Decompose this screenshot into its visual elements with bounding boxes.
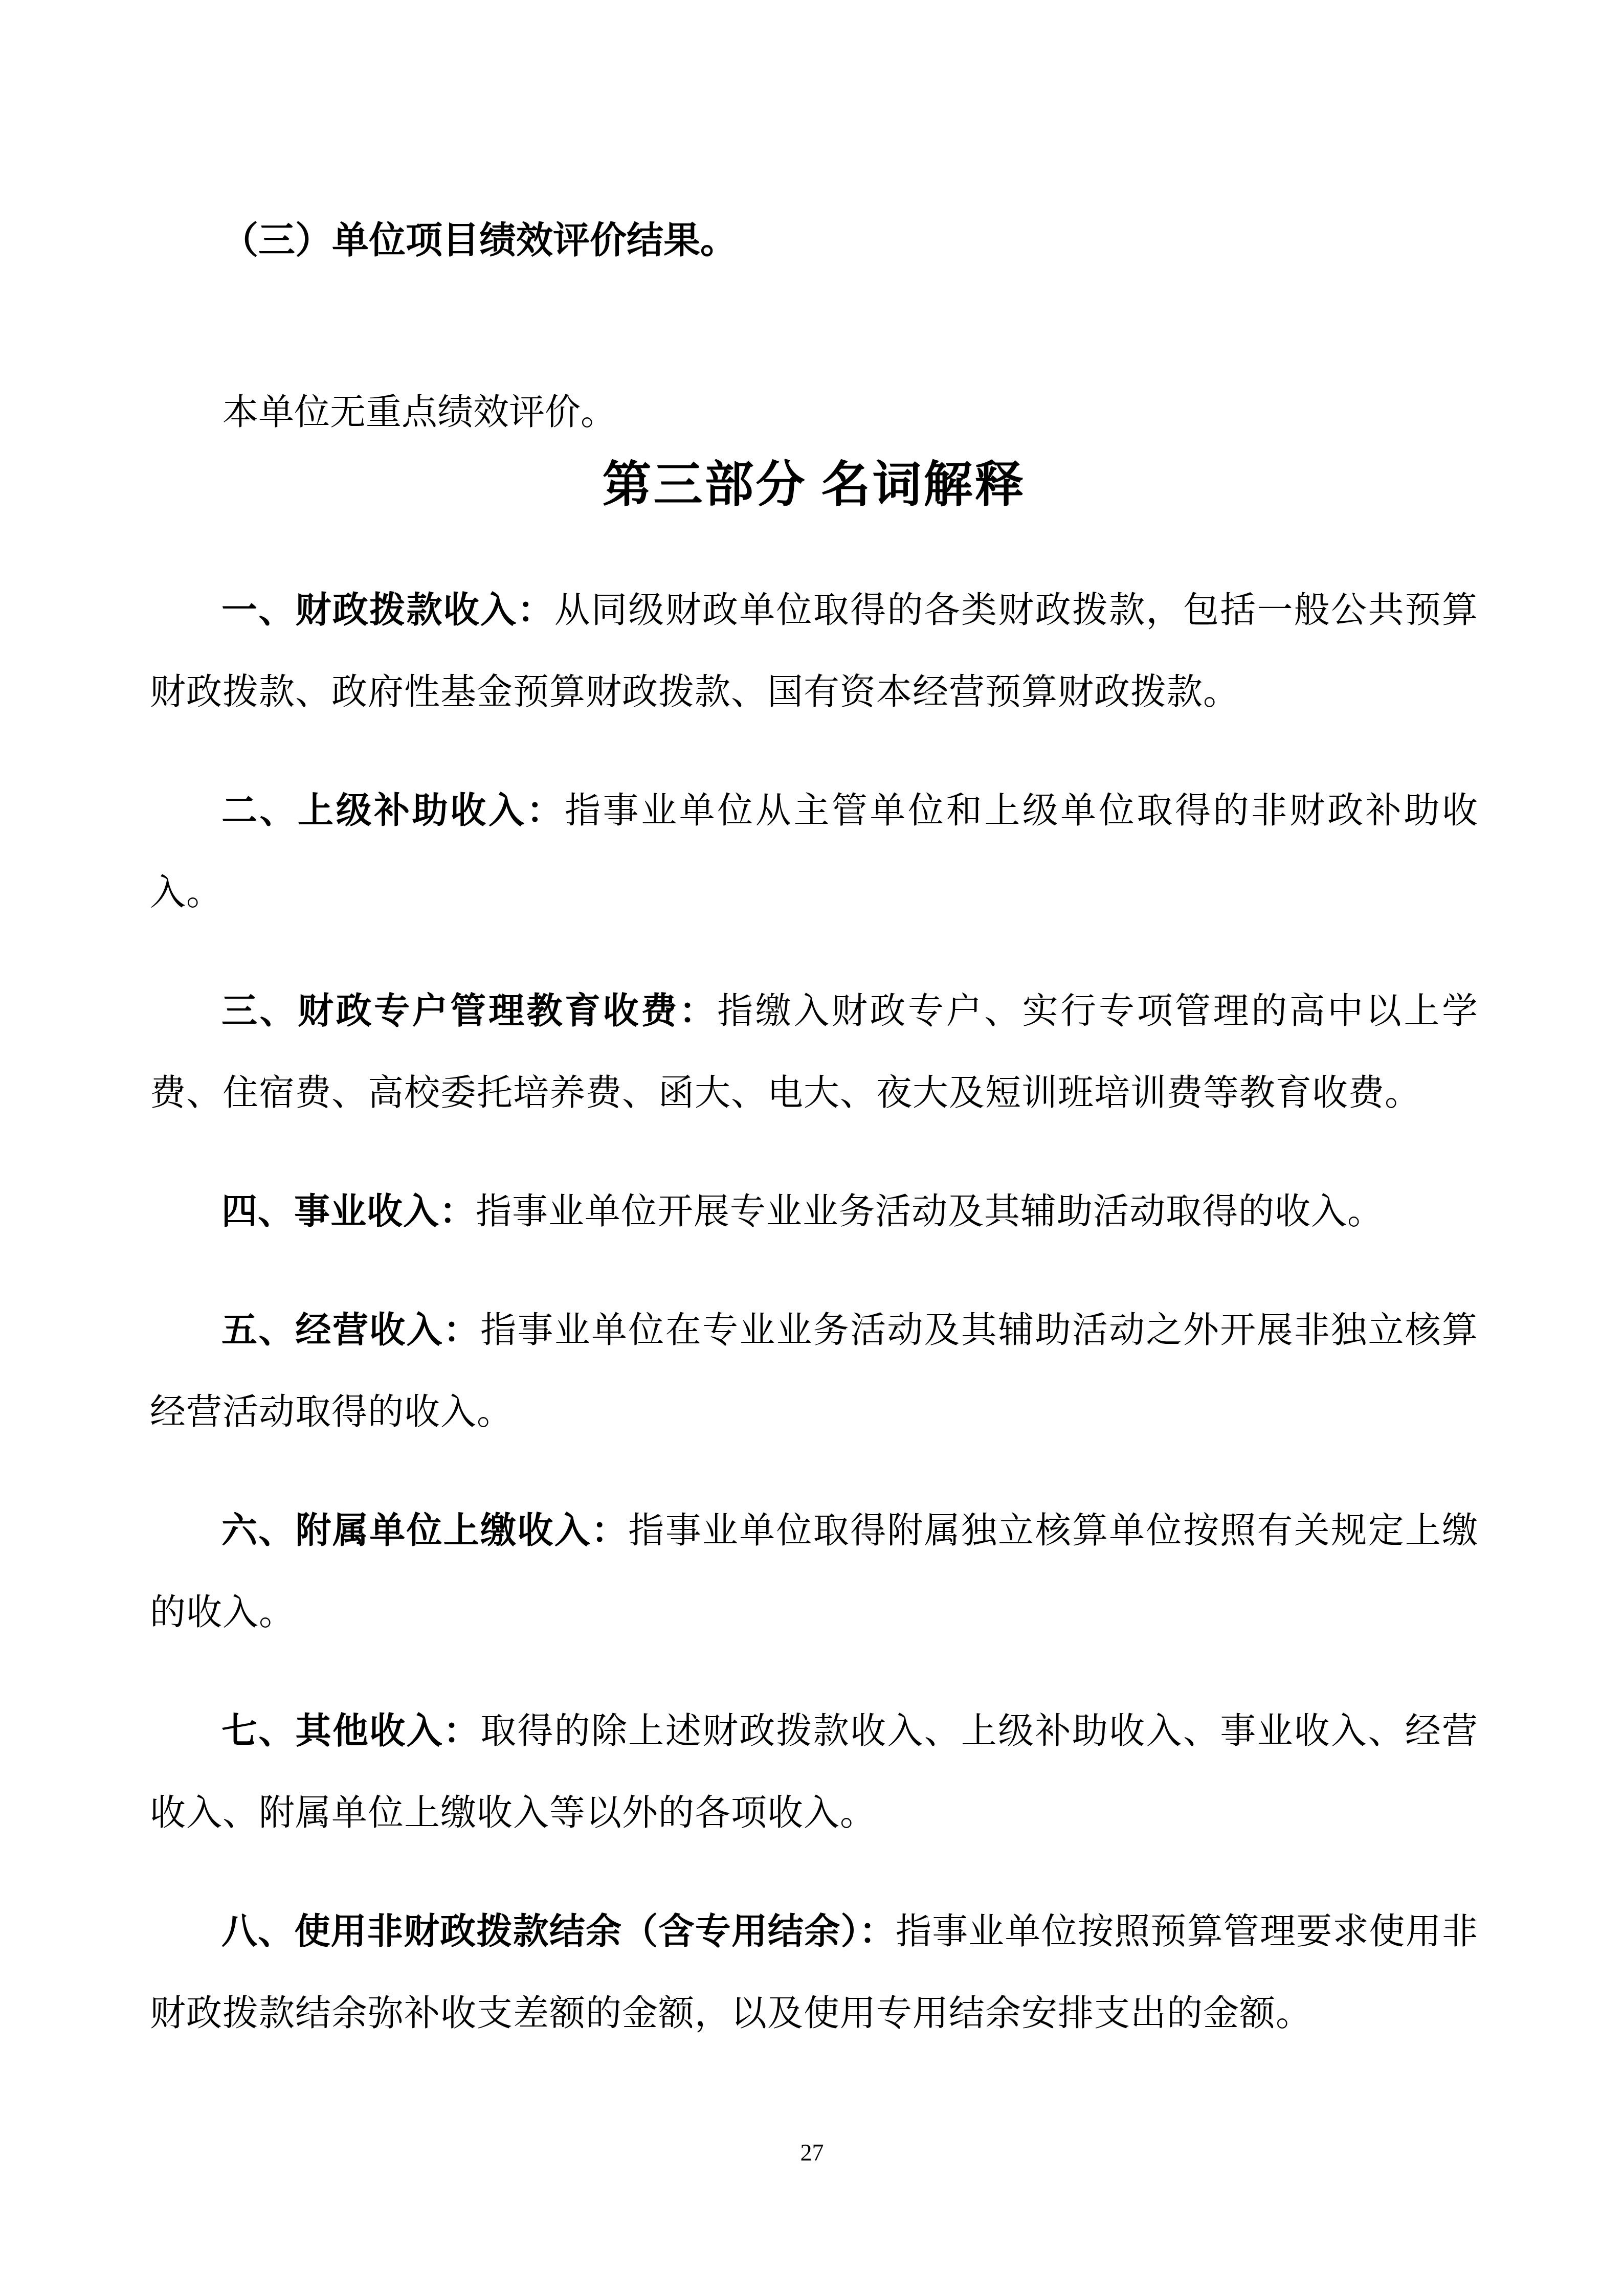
term-definition: 指事业单位开展专业业务活动及其辅助活动取得的收入。	[476, 1192, 1384, 1232]
term-item: 五、经营收入：指事业单位在专业业务活动及其辅助活动之外开展非独立核算经营活动取得…	[150, 1290, 1478, 1454]
term-label: 七、其他收入：	[221, 1712, 480, 1751]
term-label: 三、财政专户管理教育收费：	[221, 992, 717, 1031]
section-heading: （三）单位项目绩效评价结果。	[150, 217, 1478, 263]
part-title: 第三部分 名词解释	[150, 458, 1478, 511]
term-label: 八、使用非财政拨款结余（含专用结余）：	[221, 1912, 896, 1952]
document-page: （三）单位项目绩效评价结果。 本单位无重点绩效评价。 第三部分 名词解释 一、财…	[0, 0, 1624, 2296]
term-item: 四、事业收入：指事业单位开展专业业务活动及其辅助活动取得的收入。	[150, 1172, 1478, 1253]
term-item: 六、附属单位上缴收入：指事业单位取得附属独立核算单位按照有关规定上缴的收入。	[150, 1491, 1478, 1654]
term-label: 六、附属单位上缴收入：	[221, 1512, 628, 1551]
term-item: 三、财政专户管理教育收费：指缴入财政专户、实行专项管理的高中以上学费、住宿费、高…	[150, 971, 1478, 1135]
intro-paragraph: 本单位无重点绩效评价。	[150, 389, 1478, 437]
terms-list: 一、财政拨款收入：从同级财政单位取得的各类财政拨款，包括一般公共预算财政拨款、政…	[150, 570, 1478, 2055]
term-item: 八、使用非财政拨款结余（含专用结余）：指事业单位按照预算管理要求使用非财政拨款结…	[150, 1892, 1478, 2055]
page-number: 27	[0, 2139, 1624, 2167]
term-item: 二、上级补助收入：指事业单位从主管单位和上级单位取得的非财政补助收入。	[150, 771, 1478, 934]
term-label: 四、事业收入：	[221, 1192, 476, 1232]
term-item: 七、其他收入：取得的除上述财政拨款收入、上级补助收入、事业收入、经营收入、附属单…	[150, 1691, 1478, 1855]
term-label: 五、经营收入：	[221, 1311, 480, 1350]
term-label: 一、财政拨款收入：	[221, 591, 554, 631]
term-item: 一、财政拨款收入：从同级财政单位取得的各类财政拨款，包括一般公共预算财政拨款、政…	[150, 570, 1478, 734]
term-label: 二、上级补助收入：	[221, 792, 565, 831]
